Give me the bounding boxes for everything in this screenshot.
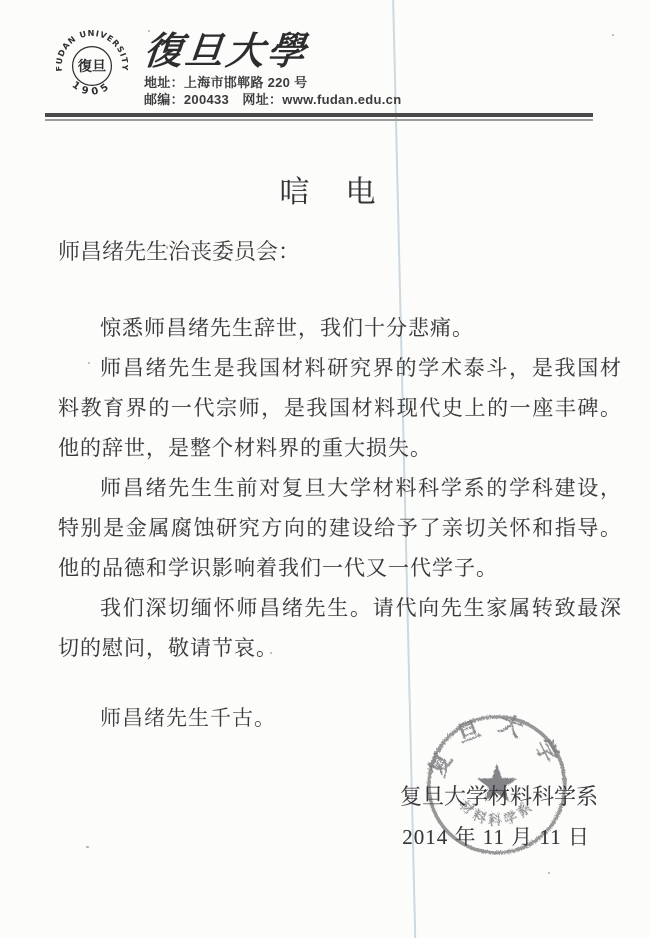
signature-org: 复旦大学材料科学系	[0, 777, 598, 817]
letter-title: 唁 电	[8, 167, 650, 211]
address-line: 地址：上海市邯郸路 220 号	[144, 74, 401, 91]
scanned-letter-page: FUDAN UNIVERSITY 1905 復旦 復旦大學 地址：上海市邯郸路 …	[0, 0, 650, 938]
signature-date: 2014 年 11 月 11 日	[0, 817, 598, 857]
fudan-university-logo-icon: FUDAN UNIVERSITY 1905 復旦	[56, 30, 128, 102]
university-name-calligraphy: 復旦大學	[142, 30, 404, 74]
logo-year-text: 1905	[70, 80, 114, 98]
paragraph: 师昌绪先生是我国材料研究界的学术泰斗，是我国材料教育界的一代宗师，是我国材料现代…	[58, 348, 622, 468]
postcode-website-line: 邮编：200433 网址：www.fudan.edu.cn	[144, 91, 401, 108]
scan-speck	[548, 872, 550, 874]
letter-body: 惊悉师昌绪先生辞世，我们十分悲痛。 师昌绪先生是我国材料研究界的学术泰斗，是我国…	[58, 308, 622, 668]
salutation: 师昌绪先生治丧委员会：	[58, 235, 650, 266]
paragraph: 师昌绪先生生前对复旦大学材料科学系的学科建设，特别是金属腐蚀研究方向的建设给予了…	[58, 468, 622, 588]
paragraph: 我们深切缅怀师昌绪先生。请代向先生家属转致最深切的慰问，敬请节哀。	[58, 588, 622, 668]
letterhead-rule	[45, 113, 593, 121]
signature-block: 复旦大学材料科学系 2014 年 11 月 11 日	[0, 777, 650, 857]
paragraph: 惊悉师昌绪先生辞世，我们十分悲痛。	[58, 308, 622, 348]
letterhead: FUDAN UNIVERSITY 1905 復旦 復旦大學 地址：上海市邯郸路 …	[0, 0, 650, 108]
logo-center-seal-characters: 復旦	[78, 57, 106, 75]
svg-text:1905: 1905	[70, 80, 114, 98]
